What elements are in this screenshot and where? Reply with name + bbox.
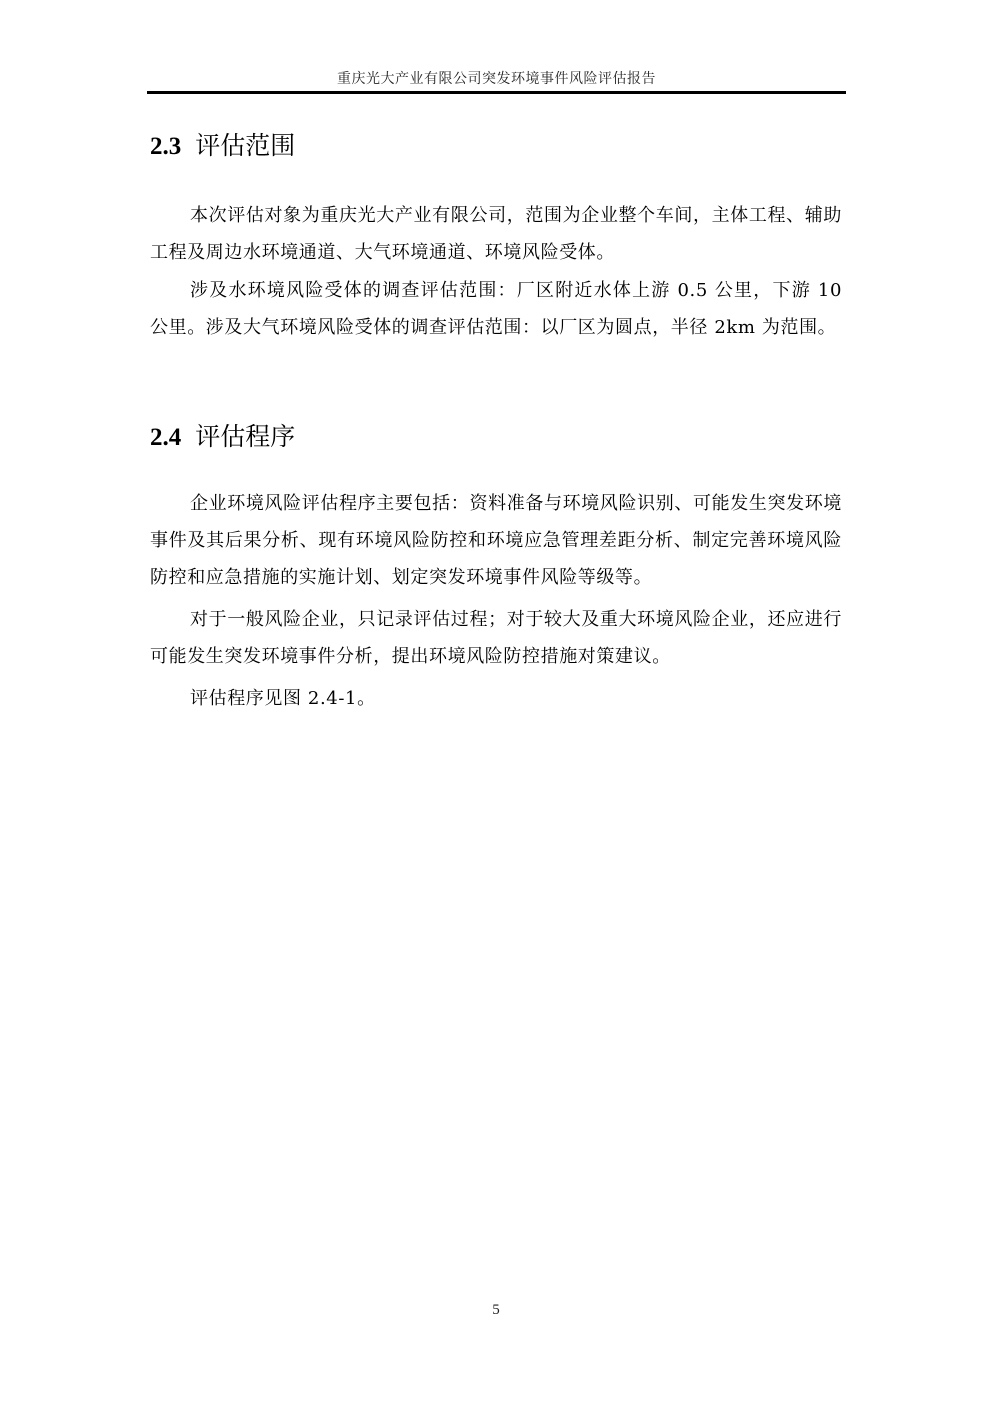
running-header: 重庆光大产业有限公司突发环境事件风险评估报告 bbox=[147, 70, 846, 88]
section-number: 2.3 bbox=[150, 133, 181, 160]
page-number: 5 bbox=[0, 1302, 992, 1319]
section-title: 评估程序 bbox=[195, 422, 295, 451]
paragraph-procedure-risk-levels: 对于一般风险企业，只记录评估过程；对于较大及重大环境风险企业，还应进行可能发生突… bbox=[150, 601, 842, 675]
section-number: 2.4 bbox=[150, 424, 181, 451]
header-divider bbox=[147, 91, 846, 94]
section-heading-2-3: 2.3评估范围 bbox=[150, 131, 295, 162]
section-heading-2-4: 2.4评估程序 bbox=[150, 422, 295, 453]
paragraph-scope-range: 涉及水环境风险受体的调查评估范围：厂区附近水体上游 0.5 公里，下游 10 公… bbox=[150, 272, 842, 346]
paragraph-scope-object: 本次评估对象为重庆光大产业有限公司，范围为企业整个车间，主体工程、辅助工程及周边… bbox=[150, 197, 842, 271]
paragraph-procedure-steps: 企业环境风险评估程序主要包括：资料准备与环境风险识别、可能发生突发环境事件及其后… bbox=[150, 485, 842, 596]
paragraph-figure-reference: 评估程序见图 2.4-1。 bbox=[150, 680, 842, 717]
section-title: 评估范围 bbox=[195, 131, 295, 160]
